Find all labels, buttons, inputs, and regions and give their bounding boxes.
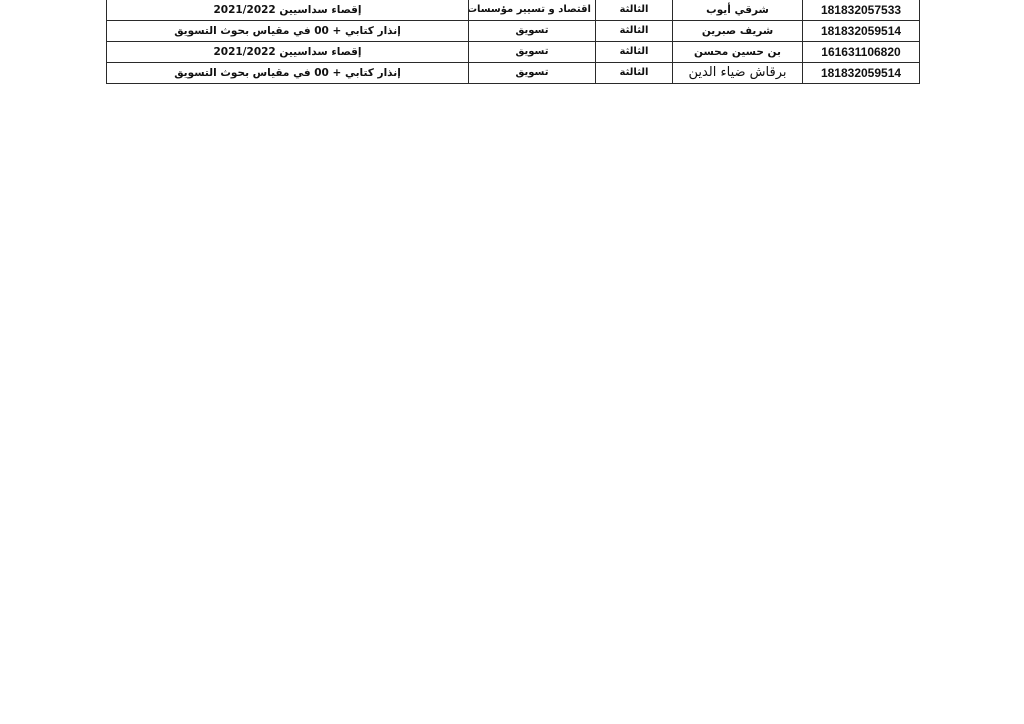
student-id-cell: 181832059514 <box>803 63 920 84</box>
study-year-cell: الثالثة <box>596 0 673 21</box>
specialty-cell: تسويق <box>469 63 596 84</box>
table-row: 161631106820 بن حسين محسن الثالثة تسويق … <box>107 42 920 63</box>
specialty-cell: تسويق <box>469 21 596 42</box>
sanction-cell: إنذار كتابي + 00 في مقياس بحوث التسويق <box>107 63 469 84</box>
table-row: 181832059514 برقاش ضياء الدين الثالثة تس… <box>107 63 920 84</box>
specialty-cell: اقتصاد و تسيير مؤسسات <box>469 0 596 21</box>
study-year-cell: الثالثة <box>596 21 673 42</box>
student-name-cell: شريف صبرين <box>673 21 803 42</box>
sanction-cell: إقصاء سداسيين 2021/2022 <box>107 0 469 21</box>
disciplinary-records-table: 181832057533 شرقي أيوب الثالثة اقتصاد و … <box>106 0 920 84</box>
student-name-cell: برقاش ضياء الدين <box>673 63 803 84</box>
document-page: 181832057533 شرقي أيوب الثالثة اقتصاد و … <box>0 0 1024 724</box>
sanction-cell: إقصاء سداسيين 2021/2022 <box>107 42 469 63</box>
table-row: 181832059514 شريف صبرين الثالثة تسويق إن… <box>107 21 920 42</box>
student-id-cell: 181832057533 <box>803 0 920 21</box>
table-row: 181832057533 شرقي أيوب الثالثة اقتصاد و … <box>107 0 920 21</box>
student-id-cell: 181832059514 <box>803 21 920 42</box>
student-id-cell: 161631106820 <box>803 42 920 63</box>
student-name-cell: شرقي أيوب <box>673 0 803 21</box>
sanction-cell: إنذار كتابي + 00 في مقياس بحوث التسويق <box>107 21 469 42</box>
specialty-cell: تسويق <box>469 42 596 63</box>
study-year-cell: الثالثة <box>596 63 673 84</box>
study-year-cell: الثالثة <box>596 42 673 63</box>
student-name-cell: بن حسين محسن <box>673 42 803 63</box>
